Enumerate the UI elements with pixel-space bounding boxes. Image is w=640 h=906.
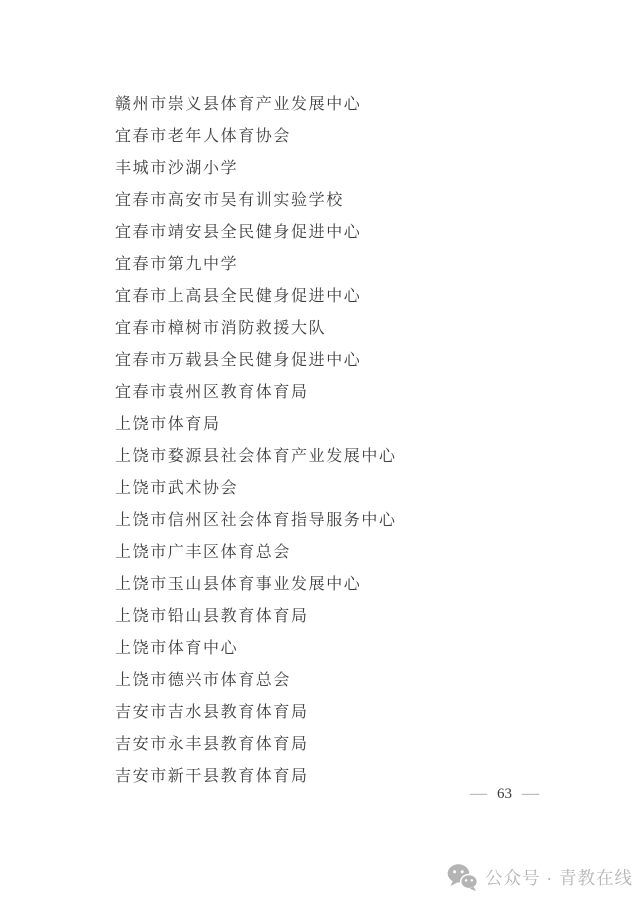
org-list-item: 上饶市体育局: [115, 409, 397, 441]
org-list-item: 宜春市樟树市消防救援大队: [115, 313, 397, 345]
org-list-item: 宜春市高安市吴有训实验学校: [115, 185, 397, 217]
org-list-item: 吉安市新干县教育体育局: [115, 761, 397, 793]
org-list-item: 上饶市信州区社会体育指导服务中心: [115, 505, 397, 537]
page-number-dash-right: —: [522, 786, 539, 803]
page-number-dash-left: —: [470, 786, 487, 803]
org-list-item: 宜春市万载县全民健身促进中心: [115, 345, 397, 377]
org-list-item: 上饶市铅山县教育体育局: [115, 601, 397, 633]
org-list-item: 上饶市玉山县体育事业发展中心: [115, 569, 397, 601]
org-list-item: 赣州市崇义县体育产业发展中心: [115, 89, 397, 121]
org-list-item: 上饶市德兴市体育总会: [115, 665, 397, 697]
organization-list: 赣州市崇义县体育产业发展中心 宜春市老年人体育协会 丰城市沙湖小学 宜春市高安市…: [115, 89, 397, 793]
org-list-item: 上饶市体育中心: [115, 633, 397, 665]
org-list-item: 吉安市永丰县教育体育局: [115, 729, 397, 761]
org-list-item: 宜春市第九中学: [115, 249, 397, 281]
document-page: 赣州市崇义县体育产业发展中心 宜春市老年人体育协会 丰城市沙湖小学 宜春市高安市…: [0, 0, 640, 906]
org-list-item: 吉安市吉水县教育体育局: [115, 697, 397, 729]
wechat-footer: 公众号 · 青教在线: [447, 863, 633, 892]
org-list-item: 宜春市上高县全民健身促进中心: [115, 281, 397, 313]
org-list-item: 上饶市武术协会: [115, 473, 397, 505]
org-list-item: 上饶市婺源县社会体育产业发展中心: [115, 441, 397, 473]
org-list-item: 丰城市沙湖小学: [115, 153, 397, 185]
org-list-item: 宜春市靖安县全民健身促进中心: [115, 217, 397, 249]
org-list-item: 宜春市老年人体育协会: [115, 121, 397, 153]
org-list-item: 宜春市袁州区教育体育局: [115, 377, 397, 409]
wechat-footer-label: 公众号 · 青教在线: [485, 865, 633, 890]
page-number: — 63 —: [471, 786, 538, 803]
org-list-item: 上饶市广丰区体育总会: [115, 537, 397, 569]
wechat-icon: [447, 863, 478, 892]
page-number-value: 63: [497, 786, 512, 803]
